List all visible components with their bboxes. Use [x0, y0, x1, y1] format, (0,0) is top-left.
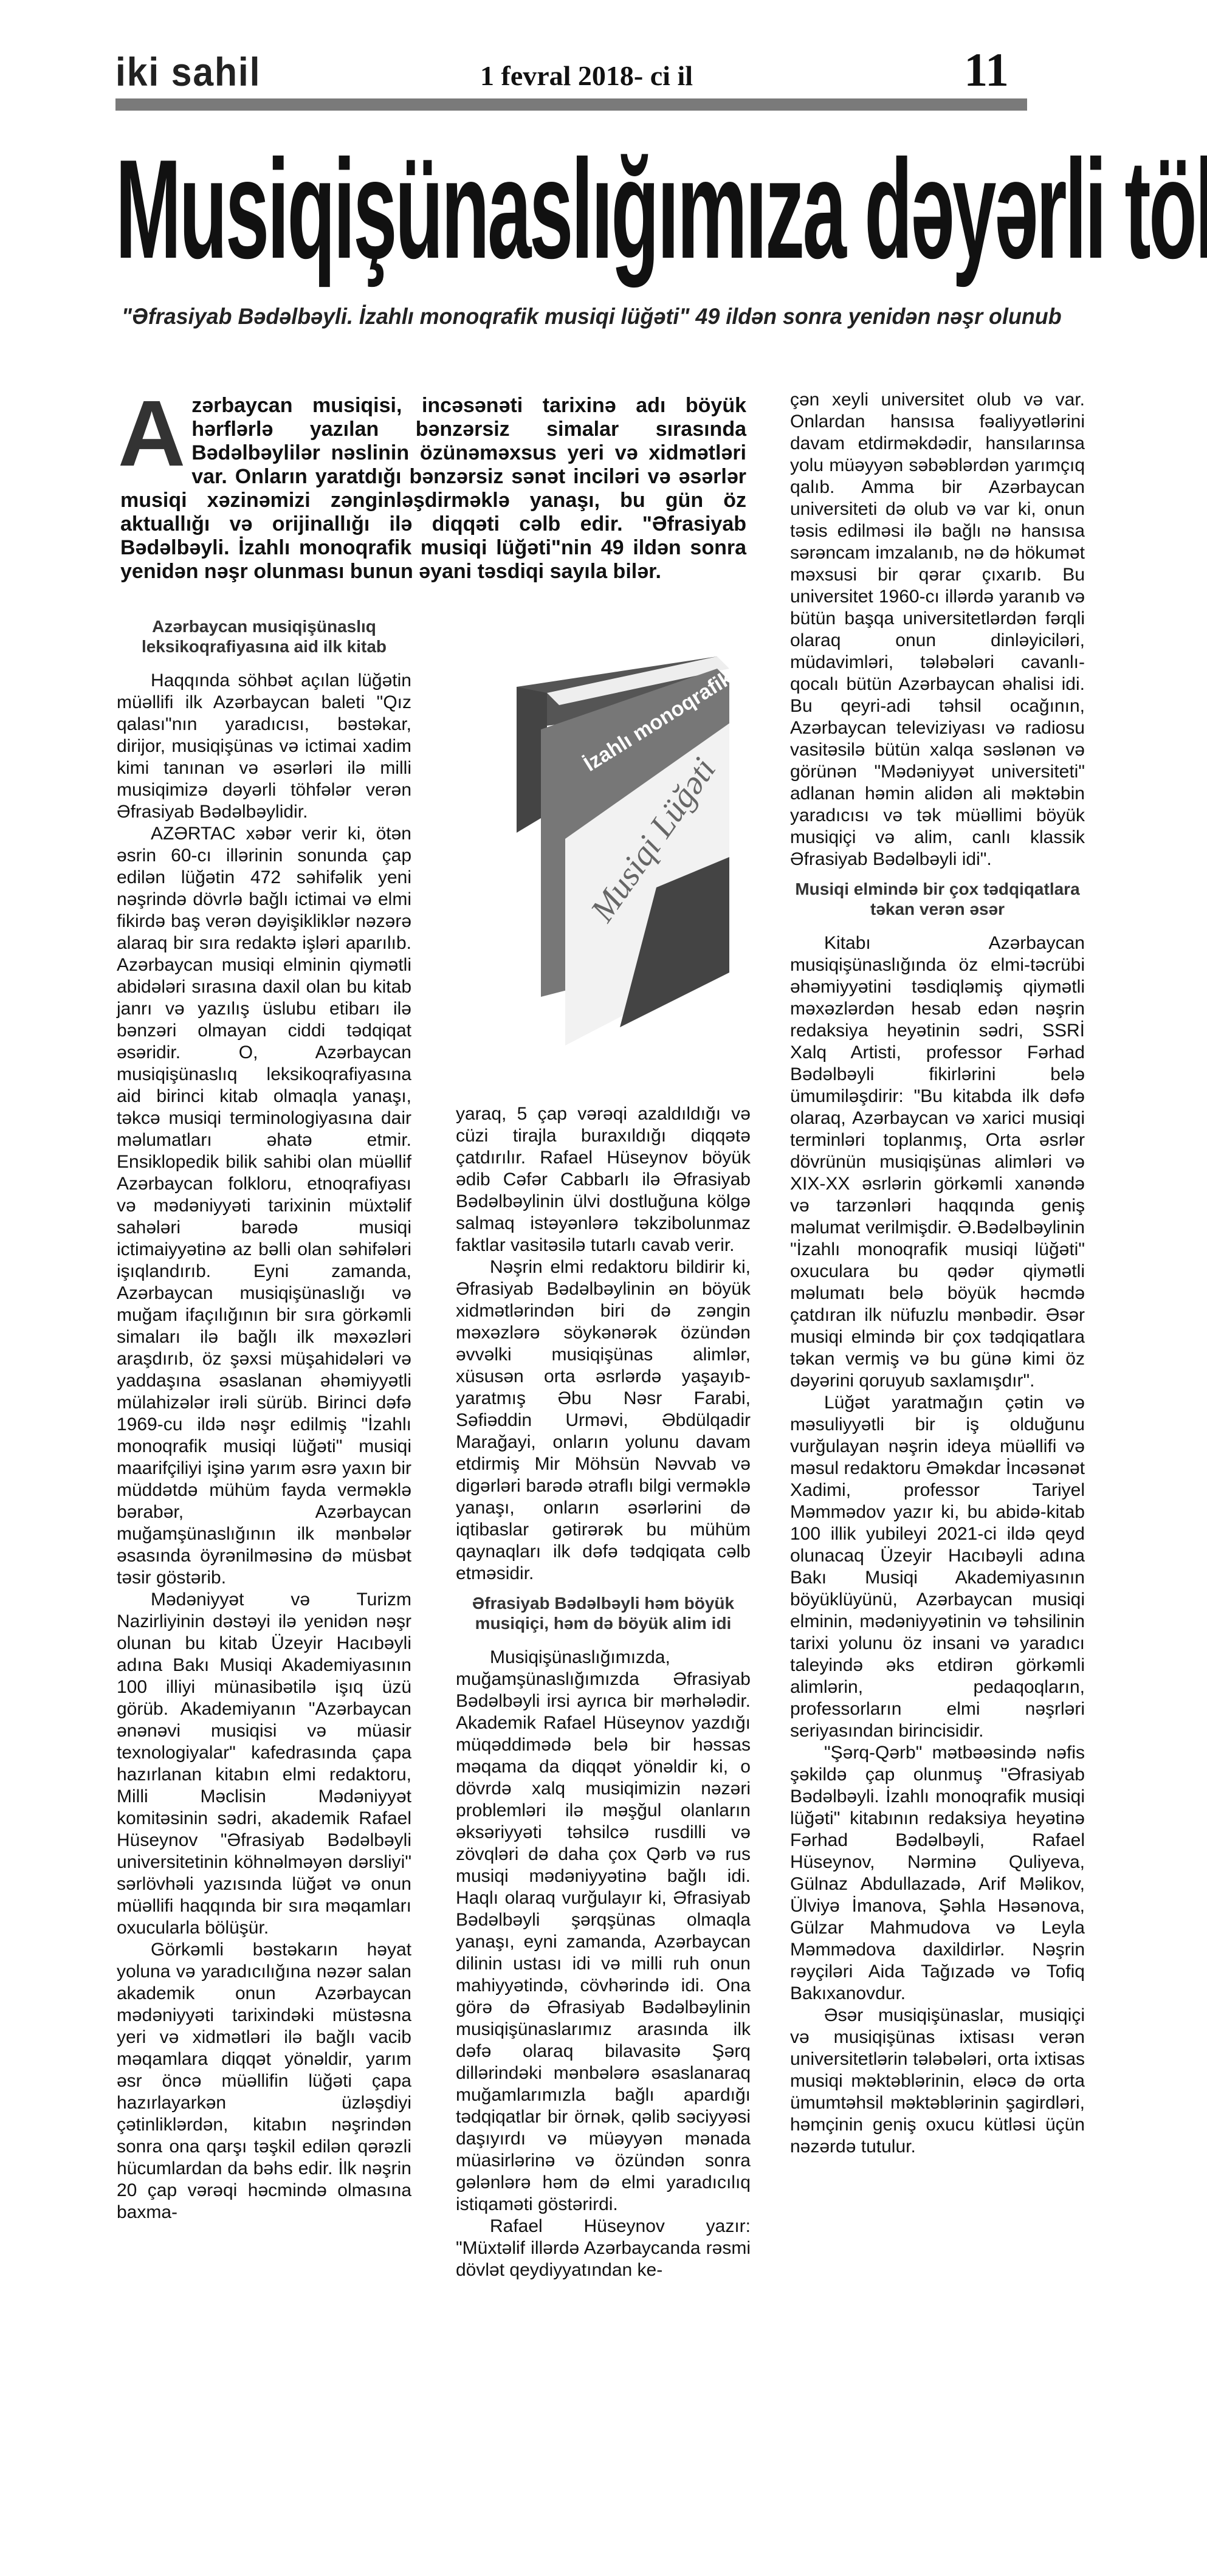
subheadline: "Əfrasiyab Bədəlbəyli. İzahlı monoqrafik… [122, 304, 1065, 329]
section-subtitle: Əfrasiyab Bədəlbəyli həm böyük musiqiçi,… [456, 1593, 751, 1633]
section-subtitle: Azərbaycan musiqişünaslıq leksikoqrafiya… [117, 616, 411, 656]
page-number: 11 [964, 43, 1009, 97]
book-cover-photo: İzahlı monoqrafik Musiqi Lüğəti [474, 632, 741, 1082]
paragraph: Əsər musiqişünaslar, musiqiçi və musiqiş… [790, 2005, 1085, 2158]
section-subtitle: Musiqi elmində bir çox tədqiqatlara təka… [790, 879, 1085, 919]
paragraph: AZƏRTAC xəbər verir ki, ötən əsrin 60-cı… [117, 823, 411, 1589]
column-1: Azərbaycan musiqişünaslıq leksikoqrafiya… [117, 608, 411, 2223]
paragraph: Görkəmli bəstəkarın həyat yoluna və yara… [117, 1939, 411, 2223]
paragraph: Rafael Hüseynov yazır: "Müxtəlif illərdə… [456, 2216, 751, 2281]
paragraph: Musiqişünaslığımızda, muğamşünaslığımızd… [456, 1647, 751, 2216]
paragraph: "Şərq-Qərb" mətbəəsində nəfis şəkildə ça… [790, 1742, 1085, 2005]
masthead-rule [115, 98, 1027, 111]
issue-date: 1 fevral 2018- ci il [480, 60, 693, 92]
paragraph: Haqqında söhbət açılan lüğətin müəllifi … [117, 670, 411, 823]
paragraph: Nəşrin elmi redaktoru bildirir ki, Əfras… [456, 1256, 751, 1585]
lead-paragraph: A zərbaycan musiqisi, incəsənəti tarixin… [120, 394, 746, 584]
lead-text: zərbaycan musiqisi, incəsənəti tarixinə … [120, 394, 746, 583]
paragraph: Mədəniyyət və Turizm Nazirliyinin dəstəy… [117, 1589, 411, 1939]
paragraph: çən xeyli universitet olub və var. Onlar… [790, 389, 1085, 870]
column-3: çən xeyli universitet olub və var. Onlar… [790, 389, 1085, 2158]
headline: Musiqişünaslığımıza dəyərli töhfə [115, 140, 660, 280]
column-2: yaraq, 5 çap vərəqi azaldıldığı və cüzi … [456, 1103, 751, 2281]
paragraph: Lüğət yaratmağın çətin və məsuliyyətli b… [790, 1392, 1085, 1742]
paragraph: yaraq, 5 çap vərəqi azaldıldığı və cüzi … [456, 1103, 751, 1256]
newspaper-name: iki sahil [115, 49, 261, 95]
paragraph: Kitabı Azərbaycan musiqişünaslığında öz … [790, 932, 1085, 1392]
drop-cap: A [118, 394, 185, 473]
book-image: İzahlı monoqrafik Musiqi Lüğəti [474, 632, 741, 1082]
